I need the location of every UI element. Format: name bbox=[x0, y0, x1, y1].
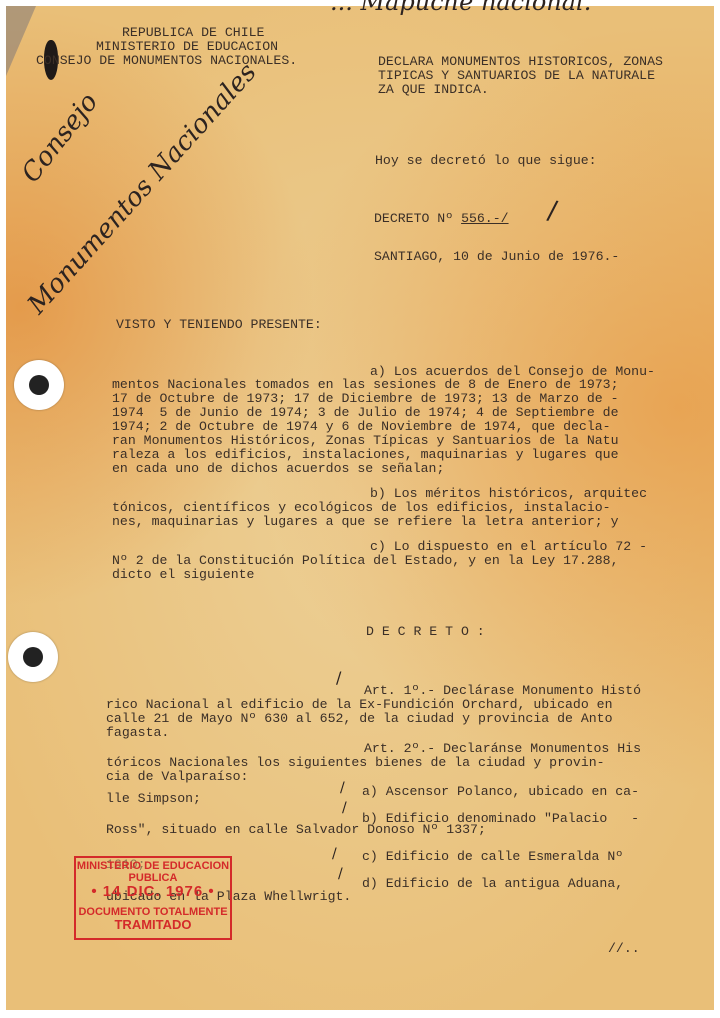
checkmark-icon: / bbox=[332, 846, 337, 862]
handwritten-top-note: ... Mapuche nacional. bbox=[330, 0, 591, 16]
decreto-heading: D E C R E T O : bbox=[366, 625, 485, 639]
place-date: SANTIAGO, 10 de Junio de 1976.- bbox=[374, 250, 619, 264]
stamp-date: • 14 DIC. 1976 • bbox=[76, 884, 230, 900]
art1-line-3: fagasta. bbox=[106, 726, 169, 740]
consideration-a-line-2: 17 de Octubre de 1973; 17 de Diciembre d… bbox=[112, 392, 618, 406]
item-d-line-0: d) Edificio de la antigua Aduana, bbox=[362, 877, 623, 891]
art2-line-2: cia de Valparaíso: bbox=[106, 770, 248, 784]
item-b-line-1: Ross", situado en calle Salvador Donoso … bbox=[106, 823, 486, 837]
letterhead-council: CONSEJO DE MONUMENTOS NACIONALES. bbox=[36, 54, 297, 68]
subject-line-3: ZA QUE INDICA. bbox=[378, 83, 489, 97]
letterhead-republic: REPUBLICA DE CHILE bbox=[122, 26, 264, 40]
consideration-c-line-0: c) Lo dispuesto en el artículo 72 - bbox=[370, 540, 647, 554]
intro-text: Hoy se decretó lo que sigue: bbox=[375, 154, 597, 168]
visto-heading: VISTO Y TENIENDO PRESENTE: bbox=[116, 318, 322, 332]
consideration-c-line-1: Nº 2 de la Constitución Política del Est… bbox=[112, 554, 618, 568]
item-a-line-0: a) Ascensor Polanco, ubicado en ca- bbox=[362, 785, 639, 799]
consideration-a-line-6: raleza a los edificios, instalaciones, m… bbox=[112, 448, 618, 462]
decree-number-label: DECRETO Nº bbox=[374, 211, 453, 226]
consideration-a-line-1: mentos Nacionales tomados en las sesione… bbox=[112, 378, 618, 392]
consideration-b-line-0: b) Los méritos históricos, arquitec bbox=[370, 487, 647, 501]
tramitado-stamp: MINISTERIO DE EDUCACION PUBLICA • 14 DIC… bbox=[74, 856, 232, 940]
art1-line-0: Art. 1º.- Declárase Monumento Histó bbox=[364, 684, 641, 698]
decree-number: DECRETO Nº 556.-/ bbox=[374, 212, 509, 226]
art2-line-0: Art. 2º.- Declaránse Monumentos His bbox=[364, 742, 641, 756]
art2-line-1: tóricos Nacionales los siguientes bienes… bbox=[106, 756, 605, 770]
punch-hole bbox=[14, 360, 64, 410]
checkmark-icon: / bbox=[336, 668, 341, 687]
art1-line-1: rico Nacional al edificio de la Ex-Fundi… bbox=[106, 698, 612, 712]
consideration-b-line-2: nes, maquinarias y lugares a que se refi… bbox=[112, 515, 618, 529]
item-a-line-1: lle Simpson; bbox=[106, 792, 201, 806]
consideration-a-line-3: 1974 5 de Junio de 1974; 3 de Julio de 1… bbox=[112, 406, 618, 420]
item-c-line-0: c) Edificio de calle Esmeralda Nº bbox=[362, 850, 623, 864]
checkmark-icon: / bbox=[340, 780, 345, 796]
stamp-tramitado: TRAMITADO bbox=[76, 918, 230, 932]
continuation-mark: //.. bbox=[608, 942, 640, 956]
checkmark-icon: / bbox=[338, 866, 343, 882]
consideration-a-line-7: en cada uno de dichos acuerdos se señala… bbox=[112, 462, 444, 476]
punch-hole bbox=[8, 632, 58, 682]
letterhead-ministry: MINISTERIO DE EDUCACION bbox=[96, 40, 278, 54]
stamp-ministry: MINISTERIO DE EDUCACION bbox=[76, 860, 230, 872]
subject-line-1: DECLARA MONUMENTOS HISTORICOS, ZONAS bbox=[378, 55, 663, 69]
decree-number-value: 556.-/ bbox=[461, 211, 508, 226]
art1-line-2: calle 21 de Mayo Nº 630 al 652, de la ci… bbox=[106, 712, 612, 726]
consideration-c-line-2: dicto el siguiente bbox=[112, 568, 254, 582]
consideration-a-line-4: 1974; 2 de Octubre de 1974 y 6 de Noviem… bbox=[112, 420, 611, 434]
checkmark-icon: / bbox=[342, 800, 347, 816]
subject-line-2: TIPICAS Y SANTUARIOS DE LA NATURALE bbox=[378, 69, 655, 83]
consideration-a-line-5: ran Monumentos Históricos, Zonas Típicas… bbox=[112, 434, 618, 448]
page-corner-fold bbox=[6, 6, 36, 76]
consideration-b-line-1: tónicos, científicos y ecológicos de los… bbox=[112, 501, 611, 515]
